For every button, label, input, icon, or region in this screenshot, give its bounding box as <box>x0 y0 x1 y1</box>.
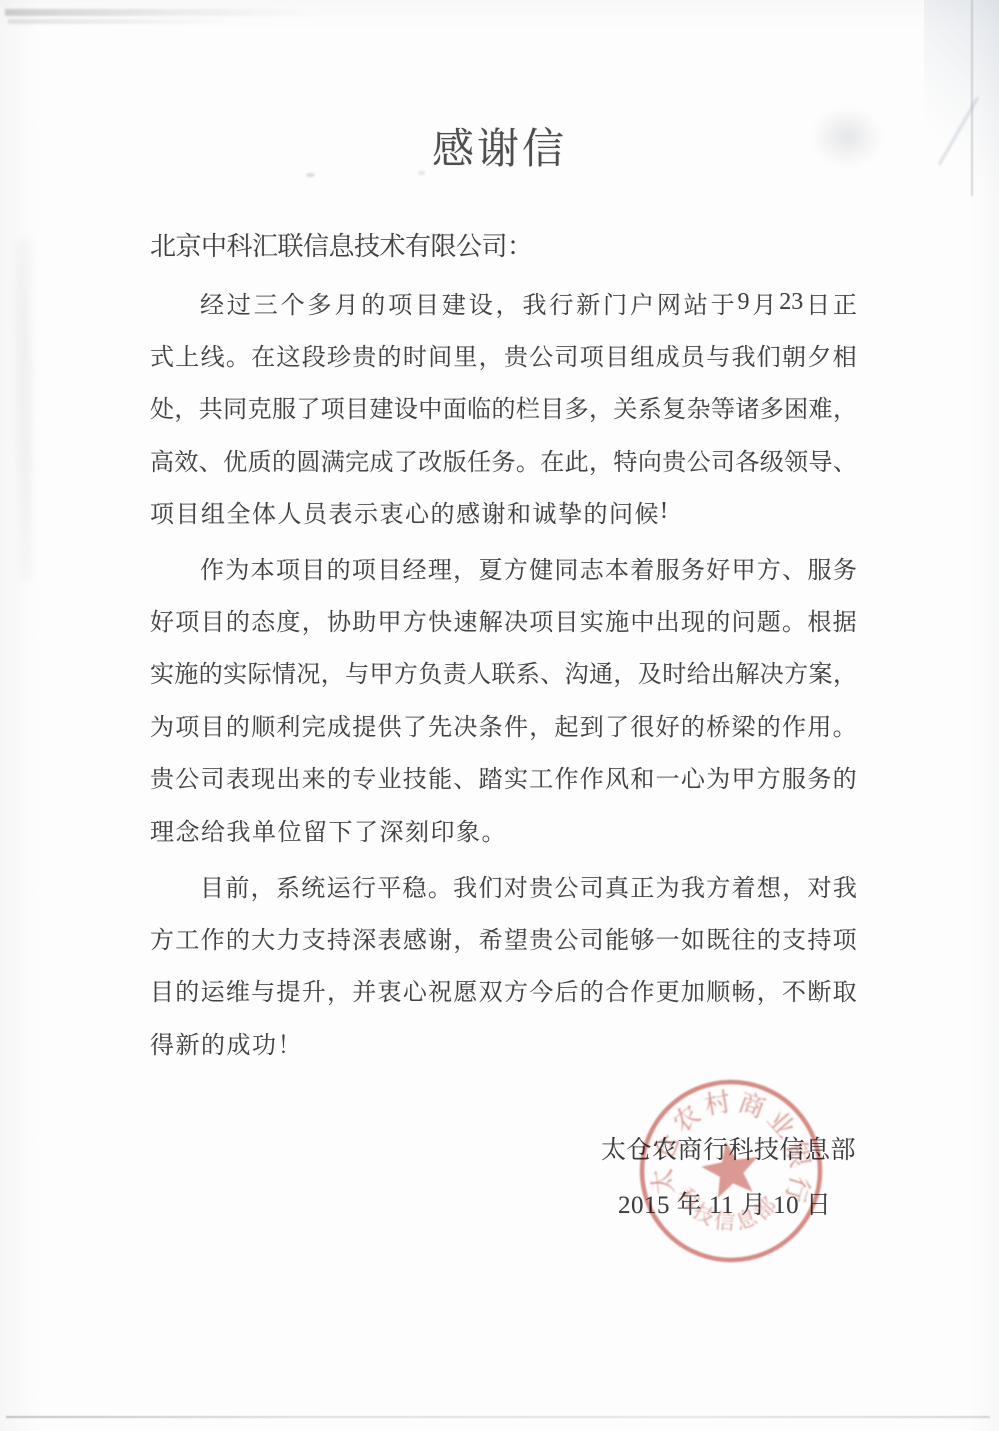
letter-paragraph-3: 目前，系统运行平稳。我们对贵公司真正为我方着想，对我 方工作的大力支持深表感谢，… <box>150 859 857 1069</box>
scan-speck <box>306 173 315 177</box>
letter-paragraph-2: 作为本项目的项目经理，夏方健同志本着服务好甲方、服务 好项目的态度，协助甲方快速… <box>150 541 857 855</box>
scan-line-bottom-edge <box>6 1416 990 1418</box>
body-line: 方工作的大力支持深表感谢，希望贵公司能够一如既往的支持项 <box>150 911 857 963</box>
letter-salutation: 北京中科汇联信息技术有限公司： <box>150 228 857 266</box>
seal-circle <box>635 1075 828 1268</box>
body-line: 处，共同克服了项目建设中面临的栏目多，关系复杂等诸多困难， <box>150 381 857 433</box>
official-seal-stamp: 太仓农村商业银行 科技信息部 <box>596 1036 866 1306</box>
body-line: 高效、优质的圆满完成了改版任务。在此，特向贵公司各级领导、 <box>150 433 857 485</box>
body-line: 好项目的态度，协助甲方快速解决项目实施中出现的问题。根据 <box>150 593 857 645</box>
body-line: 贵公司表现出来的专业技能、踏实工作作风和一心为甲方服务的 <box>150 751 857 803</box>
body-line: 项目组全体人员表示衷心的感谢和诚挚的问候! <box>150 486 857 538</box>
letter-title: 感谢信 <box>0 116 999 166</box>
body-line: 经过三个多月的项目建设，我行新门户网站于9月23日正 <box>150 276 857 328</box>
body-line: 实施的实际情况，与甲方负责人联系、沟通，及时给出解决方案， <box>150 646 857 698</box>
body-line: 得新的成功！ <box>150 1016 857 1068</box>
body-line: 式上线。在这段珍贵的时间里，贵公司项目组成员与我们朝夕相 <box>150 328 857 380</box>
scan-line-right-edge <box>971 0 973 196</box>
scan-smudge-top-left-2 <box>8 19 273 24</box>
scanned-letter-page: 感谢信 北京中科汇联信息技术有限公司： 经过三个多月的项目建设，我行新门户网站于… <box>0 0 999 1431</box>
scan-speck <box>418 171 425 175</box>
signature-line: 太仓农商行科技信息部 <box>601 1134 856 1168</box>
body-line: 作为本项目的项目经理，夏方健同志本着服务好甲方、服务 <box>150 541 857 593</box>
scan-smudge-top-left <box>5 9 320 16</box>
body-line: 为项目的顺利完成提供了先决条件，起到了很好的桥梁的作用。 <box>150 698 857 750</box>
date-line: 2015 年 11 月 10 日 <box>618 1189 831 1223</box>
body-line: 理念给我单位留下了深刻印象。 <box>150 803 857 855</box>
body-line: 目的运维与提升，并衷心祝愿双方今后的合作更加顺畅，不断取 <box>150 964 857 1016</box>
scan-shadow-top-right <box>924 0 999 200</box>
body-line: 目前，系统运行平稳。我们对贵公司真正为我方着想，对我 <box>150 859 857 911</box>
scan-smudge-left-edge <box>12 240 40 580</box>
letter-paragraph-1: 经过三个多月的项目建设，我行新门户网站于9月23日正 式上线。在这段珍贵的时间里… <box>150 276 857 538</box>
